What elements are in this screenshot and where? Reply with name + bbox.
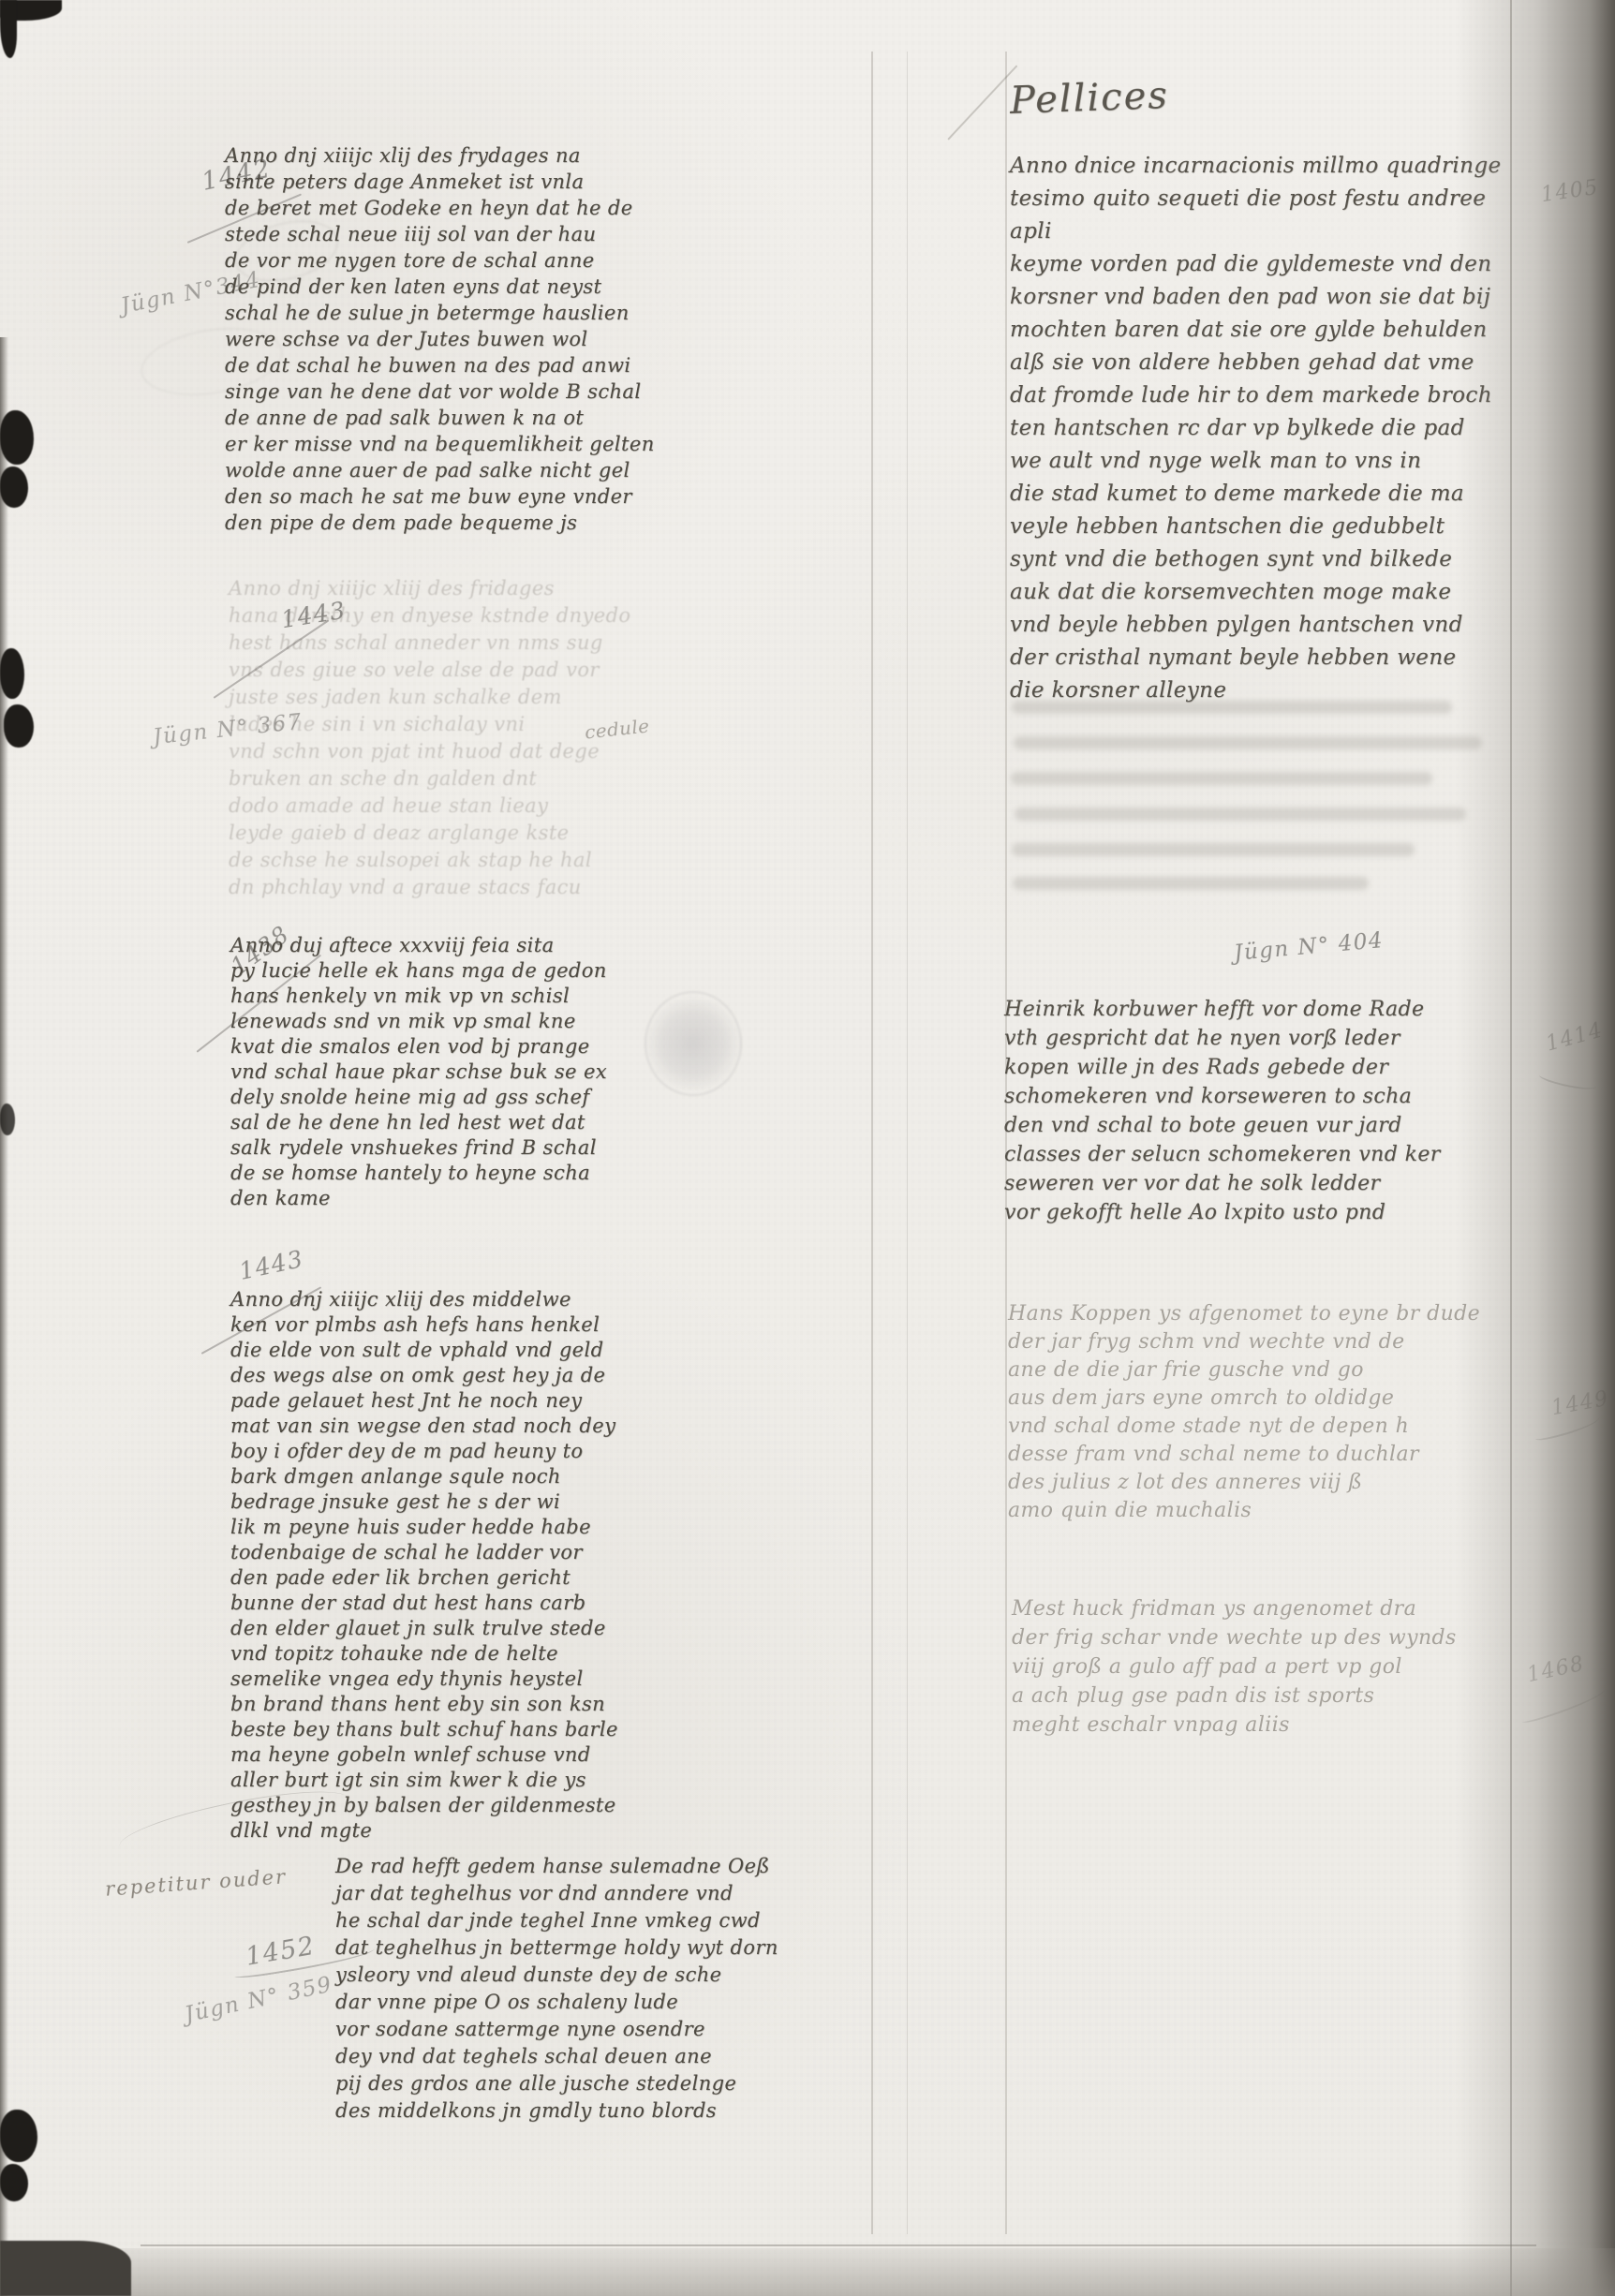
entry-1442-text: Anno dnj xiiijc xlij des frydages na sin… — [225, 142, 881, 536]
margin-ref-404: Jügn N° 404 — [1233, 928, 1385, 966]
entry-koppen-text-faded: Hans Koppen ys afgenomet to eyne br dude… — [1008, 1300, 1519, 1525]
page-edge-mark — [0, 0, 17, 58]
margin-note-repetitur: repetitur ouder — [104, 1865, 287, 1900]
ink-blotch — [0, 1104, 15, 1135]
ink-blotch — [0, 2110, 37, 2162]
entry-1452-text: De rad hefft gedem hanse sulemadne Oeß j… — [335, 1853, 935, 2125]
bottom-edge-line — [141, 2244, 1536, 2246]
ink-blotch — [0, 410, 34, 465]
entry-pellices-text: Anno dnice incarnacionis millmo quadring… — [1010, 150, 1520, 707]
margin-ref-359: Jügn N° 359 — [183, 1973, 334, 2028]
ink-blotch — [0, 2164, 28, 2201]
bleedthrough-line — [1015, 807, 1466, 821]
bleedthrough-line — [1012, 701, 1452, 714]
manuscript-page: 1442 Jügn N°344 Anno dnj xiiijc xlij des… — [0, 0, 1615, 2296]
entry-fridman-text-faded: Mest huck fridman ys angenomet dra der f… — [1012, 1594, 1518, 1740]
binding-gutter-shadow — [1456, 0, 1615, 2296]
bottom-edge-shadow — [0, 2248, 1615, 2296]
heading-flourish — [947, 65, 1017, 140]
bleedthrough-line — [1014, 736, 1482, 749]
bleedthrough-line — [1013, 877, 1369, 890]
entry-1443a-text-faded: Anno dnj xiiijc xliij des fridages hana … — [229, 575, 884, 901]
margin-year-1443b: 1443 — [237, 1245, 306, 1285]
ink-blotch — [0, 648, 24, 699]
left-edge-shadow — [0, 337, 8, 2296]
entry-heinrik-text: Heinrik korbuwer hefft vor dome Rade vth… — [1004, 995, 1515, 1227]
ink-blotch — [0, 467, 28, 508]
entry-1443b-text: Anno dnj xiiijc xliij des middelwe ken v… — [230, 1287, 886, 1844]
page-heading: Pellices — [1009, 74, 1169, 123]
bleedthrough-line — [1011, 772, 1432, 785]
archive-stamp — [645, 991, 742, 1096]
bleedthrough-line — [1012, 843, 1415, 856]
entry-1438-text: Anno duj aftece xxxviij feia sita py luc… — [230, 933, 886, 1211]
ink-blotch — [4, 704, 34, 748]
bottom-corner-smudge — [0, 2241, 131, 2296]
